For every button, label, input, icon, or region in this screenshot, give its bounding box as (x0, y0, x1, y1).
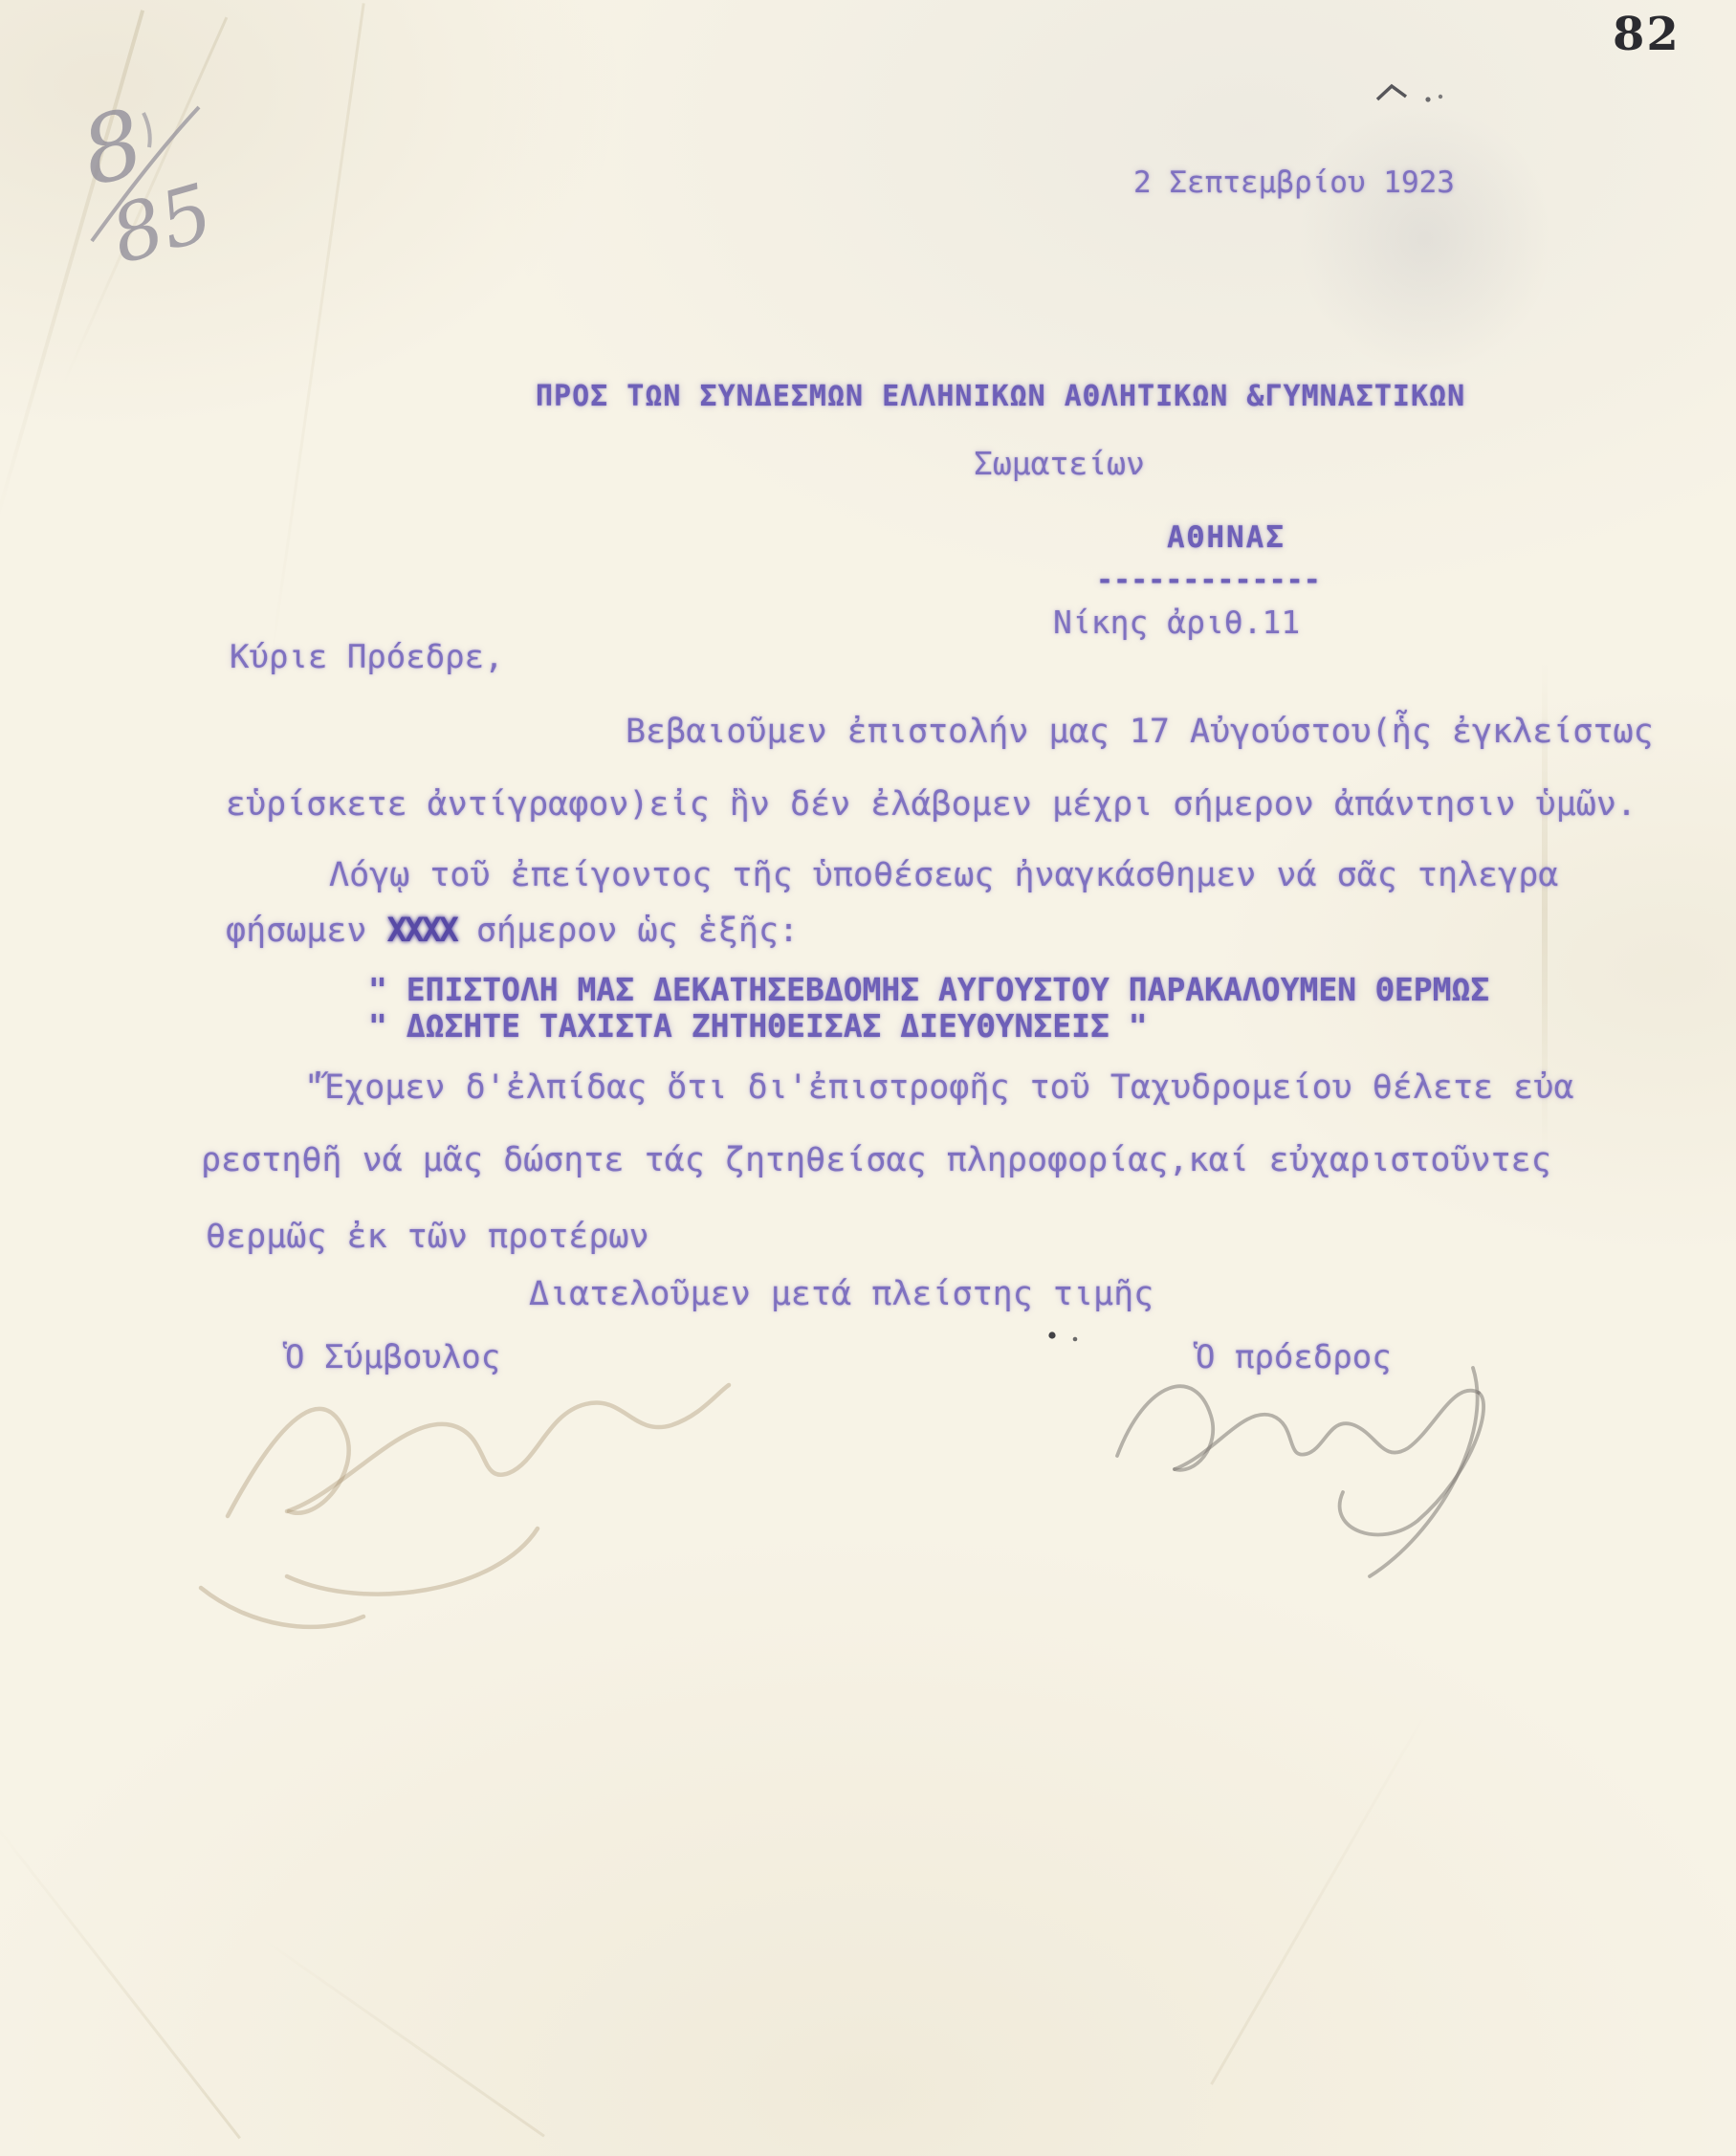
paper-crease (261, 1938, 545, 2138)
telegram-quote-line: " ΔΩΣΗΤΕ ΤΑΧΙΣΤΑ ΖΗΤΗΘΕΙΣΑΣ ΔΙΕΥΘΥΝΣΕΙΣ … (368, 1010, 1148, 1042)
street-address: Νίκης ἀριθ.11 (1053, 606, 1300, 638)
paper-crease (62, 17, 229, 385)
body-line: Βεβαιοῦμεν ἐπιστολήν μας 17 Αὐγούστου(ἧς… (626, 715, 1654, 749)
body-text: φήσωμεν (226, 912, 387, 950)
body-line: ρεστηθῆ νά μᾶς δώσητε τάς ζητηθείσας πλη… (201, 1144, 1551, 1177)
letter-date: 2 Σεπτεμβρίου 1923 (1133, 168, 1455, 198)
city-line: ΑΘΗΝΑΣ (1167, 523, 1286, 553)
pencil-note-top: 8 (72, 89, 154, 207)
signature-left-scribble (201, 1385, 729, 1627)
body-line: θερμῶς ἐκ τῶν προτέρων (206, 1221, 649, 1254)
pencil-archive-number: 8 85 (72, 89, 223, 282)
pencil-fraction-slash (92, 107, 199, 241)
salutation: Κύριε Πρόεδρε, (230, 641, 504, 673)
ink-speck (1439, 95, 1442, 99)
ink-speck (1073, 1337, 1078, 1342)
ink-speck (1048, 1331, 1055, 1338)
paper-crease (0, 10, 144, 525)
body-line: Λόγῳ τοῦ ἐπείγοντος τῆς ὑποθέσεως ἠναγκά… (329, 859, 1558, 892)
closing-line: Διατελοῦμεν μετά πλείστης τιμῆς (529, 1278, 1154, 1311)
body-line: "Ἔχομεν δ'ἐλπίδας ὅτι δι'ἐπιστροφῆς τοῦ … (304, 1071, 1574, 1105)
paper-crease (1210, 1703, 1433, 2085)
scanned-letter-page: 82 2 Σεπτεμβρίου 1923 ΠΡΟΣ ΤΩΝ ΣΥΝΔΕΣΜΩΝ… (0, 0, 1736, 2156)
divider-dashes: ------------- (1096, 566, 1321, 595)
recipient-line: ΠΡΟΣ ΤΩΝ ΣΥΝΔΕΣΜΩΝ ΕΛΛΗΝΙΚΩΝ ΑΘΛΗΤΙΚΩΝ &… (536, 383, 1465, 411)
signature-title-right: Ὁ πρόεδρος (1196, 1341, 1392, 1374)
ink-speck (1425, 97, 1430, 101)
pencil-note-bottom: 85 (101, 167, 222, 282)
ink-smudge (1243, 48, 1607, 430)
body-line: εὑρίσκετε ἀντίγραφον)εἰς ἣν δέν ἐλάβομεν… (226, 788, 1637, 822)
paper-crease (0, 1821, 241, 2140)
signature-title-left: Ὁ Σύμβουλος (285, 1341, 500, 1374)
body-text: σήμερον ὡς ἑξῆς: (456, 912, 799, 950)
paper-crease (269, 3, 364, 667)
telegram-quote-line: " ΕΠΙΣΤΟΛΗ ΜΑΣ ΔΕΚΑΤΗΣΕΒΔΟΜΗΣ ΑΥΓΟΥΣΤΟΥ … (368, 974, 1489, 1005)
folio-number: 82 (1613, 8, 1681, 61)
recipient-line2: Σωματείων (974, 448, 1145, 479)
body-line-with-overstrike: φήσωμεν ΧΧΧΧ σήμερον ὡς ἑξῆς: (226, 914, 799, 948)
pencil-tick (143, 113, 150, 147)
ink-caret-mark (1377, 86, 1406, 99)
overstruck-text: ΧΧΧΧ (387, 912, 456, 950)
signature-right-scribble (1117, 1368, 1483, 1576)
